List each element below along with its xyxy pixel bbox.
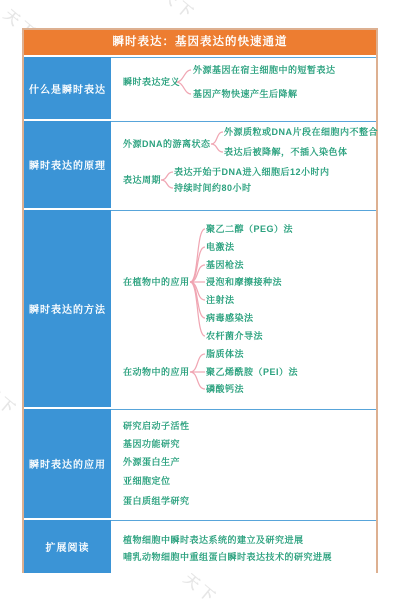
branch-label: 外源DNA的游离状态 <box>123 138 211 150</box>
leaf-node: 外源质粒或DNA片段在细胞内不整合 <box>224 126 378 138</box>
leaf-node: 基因产物快速产生后降解 <box>193 88 298 100</box>
section-content: 外源DNA的游离状态 外源质粒或DNA片段在细胞内不整合 表达后被降解，不插入染… <box>111 121 376 208</box>
section-row-applications: 瞬时表达的应用 研究启动子活性 基因功能研究 外源蛋白生产 亚细胞定位 蛋白质组… <box>24 407 376 518</box>
section-label: 瞬时表达的应用 <box>24 409 111 518</box>
leaf-node: 浸泡和摩擦接种法 <box>206 276 282 288</box>
section-row-what-is: 什么是瞬时表达 瞬时表达定义 外源基因在宿主细胞中的短暂表达 基因产物快速产生后… <box>24 55 376 119</box>
leaf-node: 植物细胞中瞬时表达系统的建立及研究进展 <box>123 534 304 546</box>
section-row-methods: 瞬时表达的方法 在植物中的应用 聚乙二醇（PEG）法 电激法 基因 <box>24 208 376 407</box>
section-row-further-reading: 扩展阅读 植物细胞中瞬时表达系统的建立及研究进展 哺乳动物细胞中重组蛋白瞬时表达… <box>24 518 376 573</box>
section-row-principle: 瞬时表达的原理 外源DNA的游离状态 外源质粒或DNA片段在细胞内不整合 表达后… <box>24 119 376 208</box>
watermark-text: 天下 <box>180 568 223 603</box>
leaf-node: 农杆菌介导法 <box>206 330 263 342</box>
section-content: 植物细胞中瞬时表达系统的建立及研究进展 哺乳动物细胞中重组蛋白瞬时表达技术的研究… <box>111 520 376 573</box>
leaf-node: 注射法 <box>206 294 235 306</box>
section-content: 瞬时表达定义 外源基因在宿主细胞中的短暂表达 基因产物快速产生后降解 <box>111 57 376 119</box>
leaf-node: 脂质体法 <box>206 348 244 360</box>
leaf-node: 基因功能研究 <box>123 438 180 450</box>
leaf-node: 亚细胞定位 <box>123 475 171 487</box>
leaf-node: 研究启动子活性 <box>123 420 190 432</box>
branch-label: 表达周期 <box>123 174 161 186</box>
leaf-node: 基因枪法 <box>206 259 244 271</box>
mindmap-table: 瞬时表达：基因表达的快速通道 什么是瞬时表达 瞬时表达定义 外源基因在宿主细胞中… <box>22 28 378 573</box>
branch-label: 在植物中的应用 <box>123 276 190 288</box>
leaf-node: 电激法 <box>206 241 235 253</box>
watermark-text: 天下 <box>158 0 201 25</box>
branch-label: 在动物中的应用 <box>123 366 190 378</box>
section-content: 研究启动子活性 基因功能研究 外源蛋白生产 亚细胞定位 蛋白质组学研究 <box>111 409 376 518</box>
leaf-node: 磷酸钙法 <box>206 383 244 395</box>
leaf-node: 外源基因在宿主细胞中的短暂表达 <box>193 64 336 76</box>
leaf-node: 哺乳动物细胞中重组蛋白瞬时表达技术的研究进展 <box>123 551 332 563</box>
leaf-node: 聚乙二醇（PEG）法 <box>206 223 293 235</box>
section-label: 瞬时表达的原理 <box>24 121 111 208</box>
mindmap-canvas: 天下 天下 天下 天下 瞬时表达：基因表达的快速通道 什么是瞬时表达 瞬时表达定… <box>0 0 400 603</box>
section-label: 什么是瞬时表达 <box>24 57 111 119</box>
map-title: 瞬时表达：基因表达的快速通道 <box>24 30 376 55</box>
leaf-node: 病毒感染法 <box>206 312 254 324</box>
section-label: 瞬时表达的方法 <box>24 210 111 407</box>
leaf-node: 蛋白质组学研究 <box>123 495 190 507</box>
leaf-node: 聚乙烯酰胺（PEI）法 <box>206 366 298 378</box>
leaf-node: 表达开始于DNA进入细胞后12小时内 <box>174 166 330 178</box>
section-content: 在植物中的应用 聚乙二醇（PEG）法 电激法 基因枪法 浸泡和摩擦接种法 注射法… <box>111 210 376 407</box>
leaf-node: 表达后被降解，不插入染色体 <box>224 146 348 158</box>
section-label: 扩展阅读 <box>24 520 111 573</box>
leaf-node: 持续时间约80小时 <box>174 182 252 194</box>
branch-label: 瞬时表达定义 <box>123 76 180 88</box>
watermark-text: 天下 <box>0 380 22 421</box>
leaf-node: 外源蛋白生产 <box>123 456 180 468</box>
